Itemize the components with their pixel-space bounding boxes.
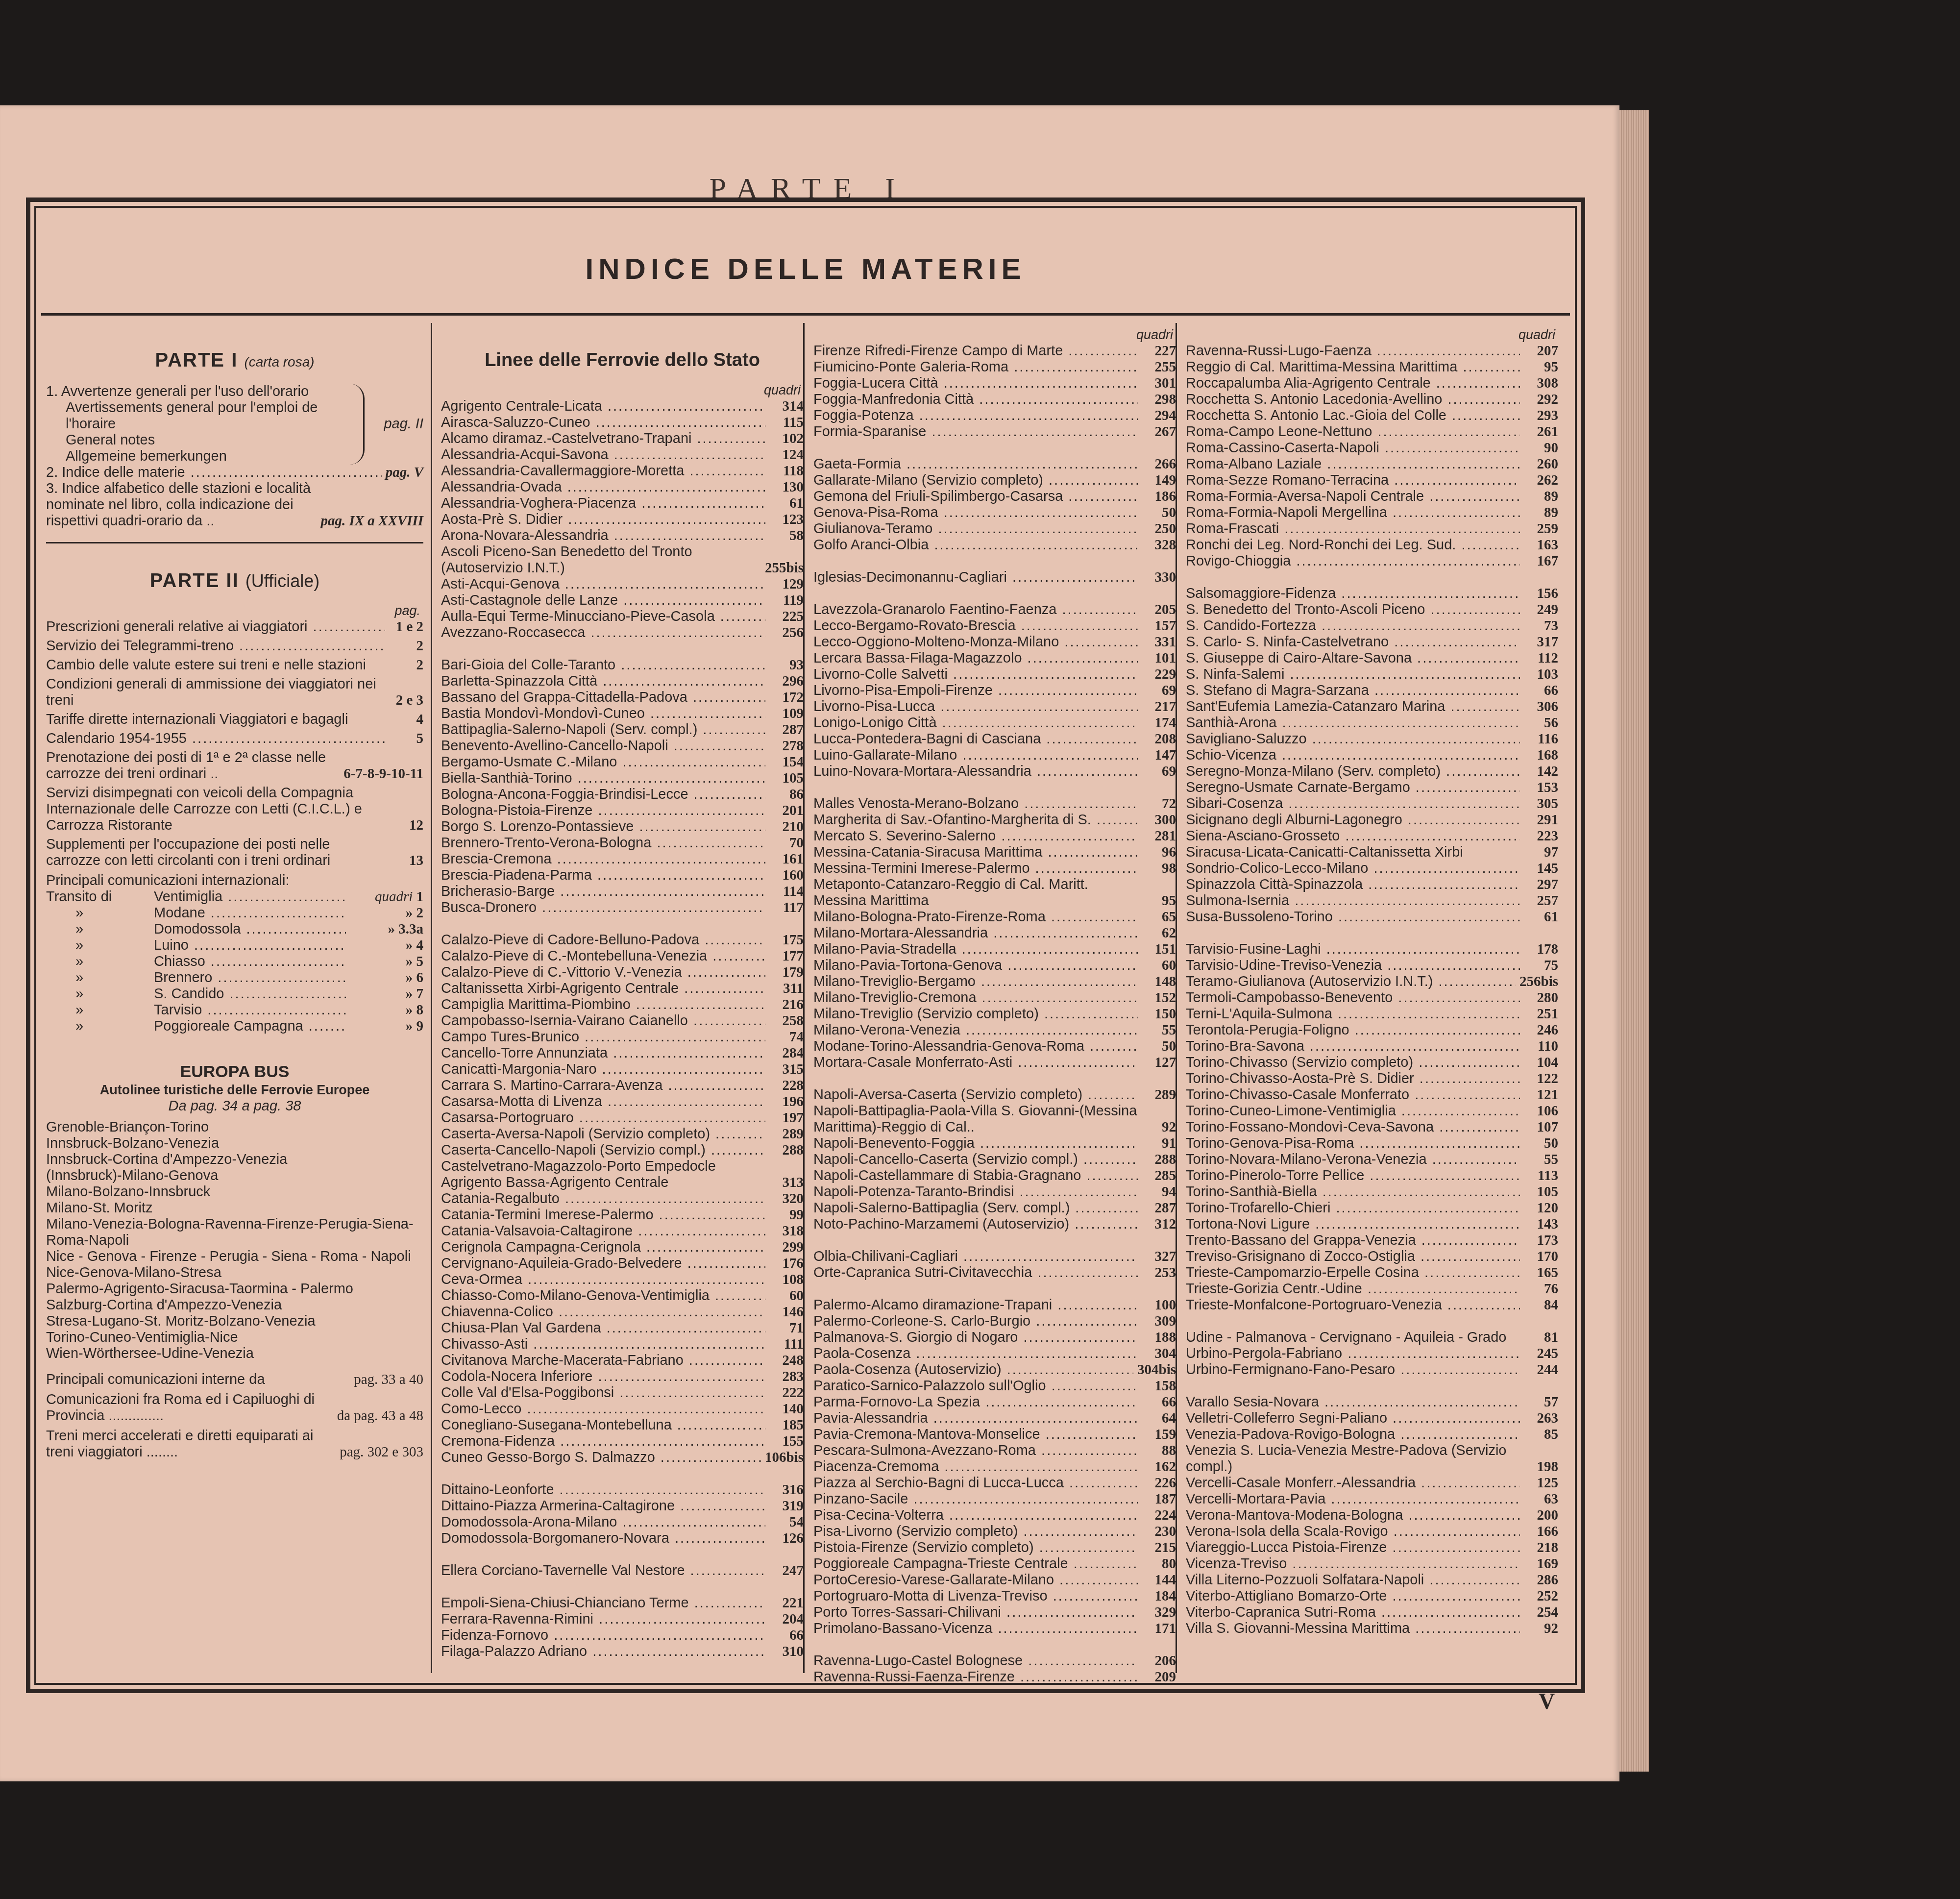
index-entry[interactable]: Lucca-Pontedera-Bagni di Casciana208 (813, 731, 1176, 747)
index-entry[interactable]: Cancello-Torre Annunziata284 (441, 1045, 804, 1061)
index-entry[interactable]: Malles Venosta-Merano-Bolzano72 (813, 796, 1176, 812)
index-entry[interactable]: Varallo Sesia-Novara57 (1186, 1394, 1558, 1410)
index-entry[interactable]: Roma-Campo Leone-Nettuno261 (1186, 424, 1558, 440)
index-entry[interactable]: Treviso-Grisignano di Zocco-Ostiglia170 (1186, 1249, 1558, 1265)
index-entry[interactable]: Sicignano degli Alburni-Lagonegro291 (1186, 812, 1558, 828)
index-entry[interactable]: Viareggio-Lucca Pistoia-Firenze218 (1186, 1540, 1558, 1556)
index-entry[interactable]: Pinzano-Sacile187 (813, 1491, 1176, 1507)
europabus-route[interactable]: Stresa-Lugano-St. Moritz-Bolzano-Venezia (46, 1313, 423, 1330)
index-entry[interactable]: Savigliano-Saluzzo116 (1186, 731, 1558, 747)
entry-label: Metaponto-Catanzaro-Reggio di Cal. Marit… (813, 877, 1138, 909)
index-entry[interactable]: Sibari-Cosenza305 (1186, 796, 1558, 812)
index-entry[interactable]: Roma-Frascati259 (1186, 521, 1558, 537)
index-entry[interactable]: Ravenna-Lugo-Castel Bolognese206 (813, 1653, 1176, 1669)
index-entry[interactable]: Roccapalumba Alia-Agrigento Centrale308 (1186, 375, 1558, 392)
europabus-route[interactable]: Milano-Bolzano-Innsbruck (46, 1184, 423, 1200)
index-entry[interactable]: Chivasso-Asti111 (441, 1336, 804, 1353)
index-entry[interactable]: Milano-Treviglio-Cremona152 (813, 990, 1176, 1006)
index-entry[interactable]: Milano-Pavia-Stradella151 (813, 941, 1176, 958)
footer-entry[interactable]: Principali comunicazioni interne dapag. … (46, 1372, 423, 1388)
europabus-route[interactable]: Nice-Genova-Milano-Stresa (46, 1265, 423, 1281)
entry-quadro: 13 (385, 853, 423, 869)
index-entry[interactable]: Civitanova Marche-Macerata-Fabriano248 (441, 1353, 804, 1369)
index-entry[interactable]: Catania-Regalbuto320 (441, 1191, 804, 1207)
index-entry[interactable]: Chiasso-Como-Milano-Genova-Ventimiglia60 (441, 1288, 804, 1304)
entry-quadro: 73 (1520, 618, 1558, 634)
index-entry[interactable]: Caserta-Cancello-Napoli (Servizio compl.… (441, 1142, 804, 1159)
index-entry[interactable]: Cerignola Campagna-Cerignola299 (441, 1239, 804, 1256)
entry-quadro: 66 (1520, 683, 1558, 699)
index-entry[interactable]: Luino-Novara-Mortara-Alessandria69 (813, 764, 1176, 780)
index-entry[interactable]: Pisa-Cecina-Volterra224 (813, 1507, 1176, 1524)
index-entry[interactable]: Torino-Chivasso-Aosta-Prè S. Didier122 (1186, 1071, 1558, 1087)
index-entry[interactable]: Milano-Verona-Venezia55 (813, 1022, 1176, 1038)
index-entry[interactable]: Torino-Cuneo-Limone-Ventimiglia106 (1186, 1103, 1558, 1119)
index-entry[interactable]: Ferrara-Ravenna-Rimini204 (441, 1611, 804, 1628)
index-entry[interactable]: Porto Torres-Sassari-Chilivani329 (813, 1604, 1176, 1621)
index-entry[interactable]: Biella-Santhià-Torino105 (441, 770, 804, 787)
index-entry[interactable]: Cuneo Gesso-Borgo S. Dalmazzo106bis (441, 1450, 804, 1466)
index-entry[interactable]: Alessandria-Acqui-Savona124 (441, 447, 804, 463)
transit-entry[interactable]: »S. Candido» 7 (46, 986, 423, 1002)
entry-quadro: 217 (1138, 699, 1176, 715)
item-1-line[interactable]: 1. Avvertenze generali per l'uso dell'or… (46, 384, 355, 400)
index-entry[interactable]: S. Stefano di Magra-Sarzana66 (1186, 683, 1558, 699)
index-entry[interactable]: Canicattì-Margonia-Naro315 (441, 1061, 804, 1078)
index-entry[interactable]: Prescrizioni generali relative ai viaggi… (46, 619, 423, 635)
column-lines-f-r: quadri Firenze Rifredi-Firenze Campo di … (803, 323, 1176, 1673)
index-entry[interactable]: Supplementi per l'occupazione dei posti … (46, 837, 423, 869)
transit-entry[interactable]: »Tarvisio» 8 (46, 1002, 423, 1018)
index-entry[interactable]: Pescara-Sulmona-Avezzano-Roma88 (813, 1443, 1176, 1459)
index-entry[interactable]: Filaga-Palazzo Adriano310 (441, 1644, 804, 1660)
index-entry[interactable]: Cervignano-Aquileia-Grado-Belvedere176 (441, 1256, 804, 1272)
index-entry[interactable]: Bastia Mondovì-Mondovì-Cuneo109 (441, 706, 804, 722)
index-entry[interactable]: Rocchetta S. Antonio Lacedonia-Avellino2… (1186, 392, 1558, 408)
index-entry[interactable]: Rocchetta S. Antonio Lac.-Gioia del Coll… (1186, 408, 1558, 424)
index-entry[interactable]: Ascoli Piceno-San Benedetto del Tronto (… (441, 544, 804, 576)
index-entry[interactable]: Lercara Bassa-Filaga-Magazzolo101 (813, 650, 1176, 666)
index-entry[interactable]: Brescia-Cremona161 (441, 851, 804, 867)
index-entry[interactable]: Sondrio-Colico-Lecco-Milano145 (1186, 861, 1558, 877)
item-1-line[interactable]: Avertissements general pour l'emploi de … (46, 400, 355, 432)
index-entry[interactable]: Chiusa-Plan Val Gardena71 (441, 1320, 804, 1336)
index-entry[interactable]: Reggio di Cal. Marittima-Messina Maritti… (1186, 359, 1558, 375)
europabus-route[interactable]: Nice - Genova - Firenze - Perugia - Sien… (46, 1249, 423, 1265)
index-entry[interactable]: Susa-Bussoleno-Torino61 (1186, 909, 1558, 925)
europabus-route[interactable]: Wien-Wörthersee-Udine-Venezia (46, 1346, 423, 1362)
index-entry[interactable]: Modane-Torino-Alessandria-Genova-Roma50 (813, 1038, 1176, 1055)
index-entry[interactable]: Metaponto-Catanzaro-Reggio di Cal. Marit… (813, 877, 1176, 909)
index-entry[interactable]: Arona-Novara-Alessandria58 (441, 528, 804, 544)
entry-label: Bari-Gioia del Colle-Taranto (441, 657, 765, 673)
index-entry[interactable]: Milano-Treviglio-Bergamo148 (813, 974, 1176, 990)
transit-entry[interactable]: Transito diVentimigliaquadri 1 (46, 889, 423, 905)
entry-label: Alessandria-Cavallermaggiore-Moretta (441, 463, 765, 479)
index-entry[interactable]: Iglesias-Decimonannu-Cagliari330 (813, 569, 1176, 586)
index-entry[interactable]: Torino-Novara-Milano-Verona-Venezia55 (1186, 1152, 1558, 1168)
entry-label: Villa S. Giovanni-Messina Marittima (1186, 1621, 1520, 1637)
index-entry[interactable]: Calalzo-Pieve di Cadore-Belluno-Padova17… (441, 932, 804, 948)
entry-quadro: 312 (1138, 1216, 1176, 1233)
index-entry[interactable]: Lonigo-Lonigo Città174 (813, 715, 1176, 731)
index-entry[interactable]: Noto-Pachino-Marzamemi (Autoservizio)312 (813, 1216, 1176, 1233)
index-entry[interactable]: Verona-Isola della Scala-Rovigo166 (1186, 1524, 1558, 1540)
item-3[interactable]: 3. Indice alfabetico delle stazioni e lo… (46, 481, 423, 529)
entry-label: Ravenna-Lugo-Castel Bolognese (813, 1653, 1138, 1669)
index-entry[interactable]: Gallarate-Milano (Servizio completo)149 (813, 472, 1176, 489)
index-entry[interactable]: Velletri-Colleferro Segni-Paliano263 (1186, 1410, 1558, 1427)
index-entry[interactable]: Poggioreale Campagna-Trieste Centrale80 (813, 1556, 1176, 1572)
index-entry[interactable]: Tariffe dirette internazionali Viaggiato… (46, 712, 423, 728)
index-entry[interactable]: Aulla-Equi Terme-Minucciano-Pieve-Casola… (441, 609, 804, 625)
index-entry[interactable]: Busca-Dronero117 (441, 900, 804, 916)
europabus-route[interactable]: Innsbruck-Bolzano-Venezia (46, 1135, 423, 1152)
transit-entry[interactable]: »Luino» 4 (46, 937, 423, 954)
index-entry[interactable]: Alcamo diramaz.-Castelvetrano-Trapani102 (441, 431, 804, 447)
index-entry[interactable]: Colle Val d'Elsa-Poggibonsi222 (441, 1385, 804, 1401)
index-entry[interactable]: Napoli-Aversa-Caserta (Servizio completo… (813, 1087, 1176, 1103)
entry-label: Gallarate-Milano (Servizio completo) (813, 472, 1138, 489)
index-entry[interactable]: Gaeta-Formia266 (813, 456, 1176, 472)
footer-entry[interactable]: Treni merci accelerati e diretti equipar… (46, 1428, 423, 1460)
entry-label: Treviso-Grisignano di Zocco-Ostiglia (1186, 1249, 1520, 1265)
index-entry[interactable]: S. Giuseppe di Cairo-Altare-Savona112 (1186, 650, 1558, 666)
index-entry[interactable]: Spinazzola Città-Spinazzola297 (1186, 877, 1558, 893)
index-entry[interactable]: Ravenna-Russi-Faenza-Firenze209 (813, 1669, 1176, 1685)
index-entry[interactable]: Terni-L'Aquila-Sulmona251 (1186, 1006, 1558, 1022)
index-entry[interactable]: Roma-Albano Laziale260 (1186, 456, 1558, 472)
index-entry[interactable]: Ellera Corciano-Tavernelle Val Nestore24… (441, 1563, 804, 1579)
europabus-route[interactable]: Milano-St. Moritz (46, 1200, 423, 1216)
item-1-line[interactable]: General notes (46, 432, 355, 448)
index-entry[interactable]: Dittaino-Leonforte316 (441, 1482, 804, 1498)
index-entry[interactable]: Formia-Sparanise267 (813, 424, 1176, 440)
index-entry[interactable]: Parma-Fornovo-La Spezia66 (813, 1394, 1176, 1410)
index-entry[interactable]: Foggia-Lucera Città301 (813, 375, 1176, 392)
entry-label: Trento-Bassano del Grappa-Venezia (1186, 1233, 1520, 1249)
index-entry[interactable]: Torino-Pinerolo-Torre Pellice113 (1186, 1168, 1558, 1184)
entry-label: Venezia S. Lucia-Venezia Mestre-Padova (… (1186, 1443, 1520, 1475)
index-entry[interactable]: Primolano-Bassano-Vicenza171 (813, 1621, 1176, 1637)
index-entry[interactable]: Agrigento Centrale-Licata314 (441, 398, 804, 415)
entry-quadro: 185 (765, 1417, 804, 1433)
index-entry[interactable]: Olbia-Chilivani-Cagliari327 (813, 1249, 1176, 1265)
index-entry[interactable]: Tarvisio-Fusine-Laghi178 (1186, 941, 1558, 958)
entry-quadro: 257 (1520, 893, 1558, 909)
index-entry[interactable]: Bergamo-Usmate C.-Milano154 (441, 754, 804, 770)
index-entry[interactable]: Viterbo-Capranica Sutri-Roma254 (1186, 1604, 1558, 1621)
index-entry[interactable]: Domodossola-Arona-Milano54 (441, 1514, 804, 1530)
transit-entry[interactable]: »Modane» 2 (46, 905, 423, 921)
index-entry[interactable]: S. Ninfa-Salemi103 (1186, 666, 1558, 683)
index-entry[interactable]: Borgo S. Lorenzo-Pontassieve210 (441, 819, 804, 835)
index-entry[interactable]: Bari-Gioia del Colle-Taranto93 (441, 657, 804, 673)
index-entry[interactable]: Napoli-Benevento-Foggia91 (813, 1135, 1176, 1152)
index-entry[interactable]: Milano-Treviglio (Servizio completo)150 (813, 1006, 1176, 1022)
index-entry[interactable]: Calalzo-Pieve di C.-Montebelluna-Venezia… (441, 948, 804, 964)
index-entry[interactable]: Piazza al Serchio-Bagni di Lucca-Lucca22… (813, 1475, 1176, 1491)
index-entry[interactable]: Milano-Pavia-Tortona-Genova60 (813, 958, 1176, 974)
index-entry[interactable]: Verona-Mantova-Modena-Bologna200 (1186, 1507, 1558, 1524)
index-entry[interactable]: Napoli-Castellammare di Stabia-Gragnano2… (813, 1168, 1176, 1184)
index-entry[interactable]: Palermo-Alcamo diramazione-Trapani100 (813, 1297, 1176, 1313)
index-entry[interactable]: Siracusa-Licata-Canicatti-Caltanissetta … (1186, 844, 1558, 861)
index-entry[interactable]: Pavia-Cremona-Mantova-Monselice159 (813, 1427, 1176, 1443)
index-entry[interactable]: Castelvetrano-Magazzolo-Porto Empedocle … (441, 1159, 804, 1191)
index-entry[interactable]: Venezia-Padova-Rovigo-Bologna85 (1186, 1427, 1558, 1443)
index-entry[interactable]: Termoli-Campobasso-Benevento280 (1186, 990, 1558, 1006)
index-entry[interactable]: Lavezzola-Granarolo Faentino-Faenza205 (813, 602, 1176, 618)
index-entry[interactable]: Aosta-Prè S. Didier123 (441, 512, 804, 528)
index-entry[interactable]: Dittaino-Piazza Armerina-Caltagirone319 (441, 1498, 804, 1514)
index-entry[interactable]: Campiglia Marittima-Piombino216 (441, 997, 804, 1013)
index-entry[interactable]: Carrara S. Martino-Carrara-Avenza228 (441, 1078, 804, 1094)
index-entry[interactable]: Palmanova-S. Giorgio di Nogaro188 (813, 1330, 1176, 1346)
entry-label: Bastia Mondovì-Mondovì-Cuneo (441, 706, 765, 722)
index-entry[interactable]: Ravenna-Russi-Lugo-Faenza207 (1186, 343, 1558, 359)
index-entry[interactable]: Codola-Nocera Inferiore283 (441, 1369, 804, 1385)
index-entry[interactable]: Conegliano-Susegana-Montebelluna185 (441, 1417, 804, 1433)
index-entry[interactable]: Paola-Cosenza304 (813, 1346, 1176, 1362)
index-entry[interactable]: Napoli-Battipaglia-Paola-Villa S. Giovan… (813, 1103, 1176, 1135)
index-entry[interactable]: Foggia-Potenza294 (813, 408, 1176, 424)
index-entry[interactable]: Villa Literno-Pozzuoli Solfatara-Napoli2… (1186, 1572, 1558, 1588)
index-entry[interactable]: Servizi disimpegnati con veicoli della C… (46, 785, 423, 834)
index-entry[interactable]: Caltanissetta Xirbi-Agrigento Centrale31… (441, 981, 804, 997)
index-entry[interactable]: Alessandria-Ovada130 (441, 479, 804, 495)
index-entry[interactable]: Tarvisio-Udine-Treviso-Venezia75 (1186, 958, 1558, 974)
index-entry[interactable]: Napoli-Cancello-Caserta (Servizio compl.… (813, 1152, 1176, 1168)
index-entry[interactable]: Avezzano-Roccasecca256 (441, 625, 804, 641)
index-entry[interactable]: Torino-Bra-Savona110 (1186, 1038, 1558, 1055)
item-1-line[interactable]: Allgemeine bemerkungen (46, 448, 355, 465)
index-entry[interactable]: Alessandria-Cavallermaggiore-Moretta118 (441, 463, 804, 479)
index-entry[interactable]: Fiumicino-Ponte Galeria-Roma255 (813, 359, 1176, 375)
index-entry[interactable]: S. Candido-Fortezza73 (1186, 618, 1558, 634)
index-entry[interactable]: Tortona-Novi Ligure143 (1186, 1216, 1558, 1233)
index-entry[interactable]: Torino-Chivasso (Servizio completo)104 (1186, 1055, 1558, 1071)
footer-entry[interactable]: Comunicazioni fra Roma ed i Capiluoghi d… (46, 1392, 423, 1424)
entry-label: Margherita di Sav.-Ofantino-Margherita d… (813, 812, 1138, 828)
transit-entry[interactable]: »Poggioreale Campagna» 9 (46, 1018, 423, 1035)
index-entry[interactable]: Gemona del Friuli-Spilimbergo-Casarsa186 (813, 489, 1176, 505)
index-entry[interactable]: Roma-Sezze Romano-Terracina262 (1186, 472, 1558, 489)
index-entry[interactable]: Teramo-Giulianova (Autoservizio I.N.T.)2… (1186, 974, 1558, 990)
index-entry[interactable]: Prenotazione dei posti di 1ª e 2ª classe… (46, 750, 423, 782)
index-entry[interactable]: Caserta-Aversa-Napoli (Servizio completo… (441, 1126, 804, 1142)
entry-label: Cremona-Fidenza (441, 1433, 765, 1450)
index-entry[interactable]: Messina-Termini Imerese-Palermo98 (813, 861, 1176, 877)
entry-label: Napoli-Benevento-Foggia (813, 1135, 1138, 1152)
entry-label: Roma-Albano Laziale (1186, 456, 1520, 472)
entry-label: Torino-Chivasso-Aosta-Prè S. Didier (1186, 1071, 1520, 1087)
index-entry[interactable]: PortoCeresio-Varese-Gallarate-Milano144 (813, 1572, 1176, 1588)
index-entry[interactable]: Cambio delle valute estere sui treni e n… (46, 657, 423, 673)
index-entry[interactable]: Servizio dei Telegrammi-treno2 (46, 638, 423, 654)
index-entry[interactable]: Sant'Eufemia Lamezia-Catanzaro Marina306 (1186, 699, 1558, 715)
index-entry[interactable]: Messina-Catania-Siracusa Marittima96 (813, 844, 1176, 861)
index-entry[interactable]: Lecco-Bergamo-Rovato-Brescia157 (813, 618, 1176, 634)
entry-label: Campiglia Marittima-Piombino (441, 997, 765, 1013)
transit-entry[interactable]: »Domodossola» 3.3a (46, 921, 423, 937)
index-entry[interactable]: Benevento-Avellino-Cancello-Napoli278 (441, 738, 804, 754)
entry-quadro: 283 (765, 1369, 804, 1385)
index-entry[interactable]: Milano-Mortara-Alessandria62 (813, 925, 1176, 941)
index-entry[interactable]: Barletta-Spinazzola Città296 (441, 673, 804, 690)
index-entry[interactable]: S. Carlo- S. Ninfa-Castelvetrano317 (1186, 634, 1558, 650)
index-entry[interactable]: Bricherasio-Barge114 (441, 884, 804, 900)
index-entry[interactable]: Foggia-Manfredonia Città298 (813, 392, 1176, 408)
transit-entry[interactable]: »Brennero» 6 (46, 970, 423, 986)
index-entry[interactable]: Roma-Formia-Napoli Mergellina89 (1186, 505, 1558, 521)
transit-entry[interactable]: »Chiasso» 5 (46, 954, 423, 970)
index-entry[interactable]: Trieste-Gorizia Centr.-Udine76 (1186, 1281, 1558, 1297)
entry-label: Barletta-Spinazzola Città (441, 673, 765, 690)
index-entry[interactable]: Livorno-Pisa-Empoli-Firenze69 (813, 683, 1176, 699)
index-entry[interactable]: Paola-Cosenza (Autoservizio)304bis (813, 1362, 1176, 1378)
index-entry[interactable]: Terontola-Perugia-Foligno246 (1186, 1022, 1558, 1038)
index-entry[interactable]: Cremona-Fidenza155 (441, 1433, 804, 1450)
entry-label: Fidenza-Fornovo (441, 1628, 765, 1644)
index-entry[interactable]: Torino-Fossano-Mondovì-Ceva-Savona107 (1186, 1119, 1558, 1135)
index-entry[interactable]: Luino-Gallarate-Milano147 (813, 747, 1176, 764)
europabus-route[interactable]: Milano-Venezia-Bologna-Ravenna-Firenze-P… (46, 1216, 423, 1249)
europabus-route[interactable]: Torino-Cuneo-Ventimiglia-Nice (46, 1330, 423, 1346)
europabus-route[interactable]: Palermo-Agrigento-Siracusa-Taormina - Pa… (46, 1281, 423, 1297)
index-entry[interactable]: Portogruaro-Motta di Livenza-Treviso184 (813, 1588, 1176, 1604)
index-entry[interactable]: Firenze Rifredi-Firenze Campo di Marte22… (813, 343, 1176, 359)
index-entry[interactable]: S. Benedetto del Tronto-Ascoli Piceno249 (1186, 602, 1558, 618)
index-entry[interactable]: Seregno-Usmate Carnate-Bergamo153 (1186, 780, 1558, 796)
entry-quadro: 140 (765, 1401, 804, 1417)
index-entry[interactable]: Ceva-Ormea108 (441, 1272, 804, 1288)
index-entry[interactable]: Napoli-Salerno-Battipaglia (Serv. compl.… (813, 1200, 1176, 1216)
index-entry[interactable]: Schio-Vicenza168 (1186, 747, 1558, 764)
index-entry[interactable]: Siena-Asciano-Grosseto223 (1186, 828, 1558, 844)
index-entry[interactable]: Urbino-Pergola-Fabriano245 (1186, 1346, 1558, 1362)
entry-quadro: 251 (1520, 1006, 1558, 1022)
index-entry[interactable]: Santhià-Arona56 (1186, 715, 1558, 731)
index-entry[interactable]: Orte-Capranica Sutri-Civitavecchia253 (813, 1265, 1176, 1281)
index-entry[interactable]: Rovigo-Chioggia167 (1186, 553, 1558, 569)
index-entry[interactable]: Brennero-Trento-Verona-Bologna70 (441, 835, 804, 851)
item-1-block: 1. Avvertenze generali per l'uso dell'or… (46, 384, 423, 465)
index-entry[interactable]: Torino-Trofarello-Chieri120 (1186, 1200, 1558, 1216)
index-entry[interactable]: Domodossola-Borgomanero-Novara126 (441, 1530, 804, 1547)
index-entry[interactable]: Pavia-Alessandria64 (813, 1410, 1176, 1427)
index-entry[interactable]: Mercato S. Severino-Salerno281 (813, 828, 1176, 844)
index-entry[interactable]: Bologna-Ancona-Foggia-Brindisi-Lecce86 (441, 787, 804, 803)
lines-heading: Linee delle Ferrovie dello Stato (441, 352, 804, 369)
transit-quadro: » 4 (346, 937, 423, 954)
entry-quadro: 245 (1520, 1346, 1558, 1362)
index-entry[interactable]: Pistoia-Firenze (Servizio completo)215 (813, 1540, 1176, 1556)
entry-label: Torino-Pinerolo-Torre Pellice (1186, 1168, 1520, 1184)
entry-label: Portogruaro-Motta di Livenza-Treviso (813, 1588, 1138, 1604)
index-entry[interactable]: Condizioni generali di ammissione dei vi… (46, 676, 423, 709)
index-entry[interactable]: Catania-Termini Imerese-Palermo99 (441, 1207, 804, 1223)
index-entry[interactable]: Bologna-Pistoia-Firenze201 (441, 803, 804, 819)
index-entry[interactable]: Catania-Valsavoia-Caltagirone318 (441, 1223, 804, 1239)
index-entry[interactable]: Salsomaggiore-Fidenza156 (1186, 586, 1558, 602)
index-entry[interactable]: Udine - Palmanova - Cervignano - Aquilei… (1186, 1330, 1558, 1346)
index-entry[interactable]: Casarsa-Motta di Livenza196 (441, 1094, 804, 1110)
index-entry[interactable]: Airasca-Saluzzo-Cuneo115 (441, 415, 804, 431)
index-entry[interactable]: Vicenza-Treviso169 (1186, 1556, 1558, 1572)
index-entry[interactable]: Chiavenna-Colico146 (441, 1304, 804, 1320)
index-entry[interactable]: Torino-Santhià-Biella105 (1186, 1184, 1558, 1200)
index-entry[interactable]: Campobasso-Isernia-Vairano Caianello258 (441, 1013, 804, 1029)
index-entry[interactable]: Brescia-Piadena-Parma160 (441, 867, 804, 884)
index-entry[interactable]: Livorno-Pisa-Lucca217 (813, 699, 1176, 715)
index-entry[interactable]: Genova-Pisa-Roma50 (813, 505, 1176, 521)
index-entry[interactable]: Calalzo-Pieve di C.-Vittorio V.-Venezia1… (441, 964, 804, 981)
entry-quadro: 61 (1520, 909, 1558, 925)
index-entry[interactable]: Venezia S. Lucia-Venezia Mestre-Padova (… (1186, 1443, 1558, 1475)
index-entry[interactable]: Campo Tures-Brunico74 (441, 1029, 804, 1045)
index-entry[interactable]: Battipaglia-Salerno-Napoli (Serv. compl.… (441, 722, 804, 738)
index-entry[interactable]: Como-Lecco140 (441, 1401, 804, 1417)
index-entry[interactable]: Sulmona-Isernia257 (1186, 893, 1558, 909)
index-entry[interactable]: Calendario 1954-19555 (46, 731, 423, 747)
index-entry[interactable]: Asti-Acqui-Genova129 (441, 576, 804, 592)
entry-quadro: 204 (765, 1611, 804, 1628)
europabus-route[interactable]: Grenoble-Briançon-Torino (46, 1119, 423, 1135)
entry-quadro: 146 (765, 1304, 804, 1320)
index-entry[interactable]: Torino-Genova-Pisa-Roma50 (1186, 1135, 1558, 1152)
index-entry[interactable]: Napoli-Potenza-Taranto-Brindisi94 (813, 1184, 1176, 1200)
index-entry[interactable]: Roma-Formia-Aversa-Napoli Centrale89 (1186, 489, 1558, 505)
index-entry[interactable]: Trento-Bassano del Grappa-Venezia173 (1186, 1233, 1558, 1249)
index-entry[interactable]: Torino-Chivasso-Casale Monferrato121 (1186, 1087, 1558, 1103)
index-entry[interactable]: Mortara-Casale Monferrato-Asti127 (813, 1055, 1176, 1071)
index-entry[interactable]: Vercelli-Mortara-Pavia63 (1186, 1491, 1558, 1507)
europabus-route[interactable]: Salzburg-Cortina d'Ampezzo-Venezia (46, 1297, 423, 1313)
item-2[interactable]: 2. Indice delle materiepag. V (46, 465, 423, 481)
index-entry[interactable]: Giulianova-Teramo250 (813, 521, 1176, 537)
index-entry[interactable]: Roma-Cassino-Caserta-Napoli90 (1186, 440, 1558, 456)
index-entry[interactable]: Fidenza-Fornovo66 (441, 1628, 804, 1644)
index-entry[interactable]: Piacenza-Cremoma162 (813, 1459, 1176, 1475)
index-entry[interactable]: Pisa-Livorno (Servizio completo)230 (813, 1524, 1176, 1540)
index-entry[interactable]: Milano-Bologna-Prato-Firenze-Roma65 (813, 909, 1176, 925)
index-entry[interactable]: Vercelli-Casale Monferr.-Alessandria125 (1186, 1475, 1558, 1491)
index-entry[interactable]: Empoli-Siena-Chiusi-Chianciano Terme221 (441, 1595, 804, 1611)
europabus-route[interactable]: Innsbruck-Cortina d'Ampezzo-Venezia (46, 1152, 423, 1168)
index-entry[interactable]: Viterbo-Attigliano Bomarzo-Orte252 (1186, 1588, 1558, 1604)
index-entry[interactable]: Paratico-Sarnico-Palazzolo sull'Oglio158 (813, 1378, 1176, 1394)
index-entry[interactable]: Ronchi dei Leg. Nord-Ronchi dei Leg. Sud… (1186, 537, 1558, 553)
index-entry[interactable]: Bassano del Grappa-Cittadella-Padova172 (441, 690, 804, 706)
index-entry[interactable]: Palermo-Corleone-S. Carlo-Burgio309 (813, 1313, 1176, 1330)
index-entry[interactable]: Lecco-Oggiono-Molteno-Monza-Milano331 (813, 634, 1176, 650)
letter-gap (1186, 1378, 1558, 1394)
index-entry[interactable]: Trieste-Campomarzio-Erpelle Cosina165 (1186, 1265, 1558, 1281)
index-entry[interactable]: Margherita di Sav.-Ofantino-Margherita d… (813, 812, 1176, 828)
entry-quadro: 186 (1138, 489, 1176, 505)
index-entry[interactable]: Villa S. Giovanni-Messina Marittima92 (1186, 1621, 1558, 1637)
index-entry[interactable]: Urbino-Fermignano-Fano-Pesaro244 (1186, 1362, 1558, 1378)
index-entry[interactable]: Casarsa-Portogruaro197 (441, 1110, 804, 1126)
europabus-route[interactable]: (Innsbruck)-Milano-Genova (46, 1168, 423, 1184)
index-entry[interactable]: Trieste-Monfalcone-Portogruaro-Venezia84 (1186, 1297, 1558, 1313)
index-entry[interactable]: Asti-Castagnole delle Lanze119 (441, 592, 804, 609)
index-entry[interactable]: Livorno-Colle Salvetti229 (813, 666, 1176, 683)
index-entry[interactable]: Alessandria-Voghera-Piacenza61 (441, 495, 804, 512)
index-entry[interactable]: Seregno-Monza-Milano (Serv. completo)142 (1186, 764, 1558, 780)
index-entry[interactable]: Golfo Aranci-Olbia328 (813, 537, 1176, 553)
